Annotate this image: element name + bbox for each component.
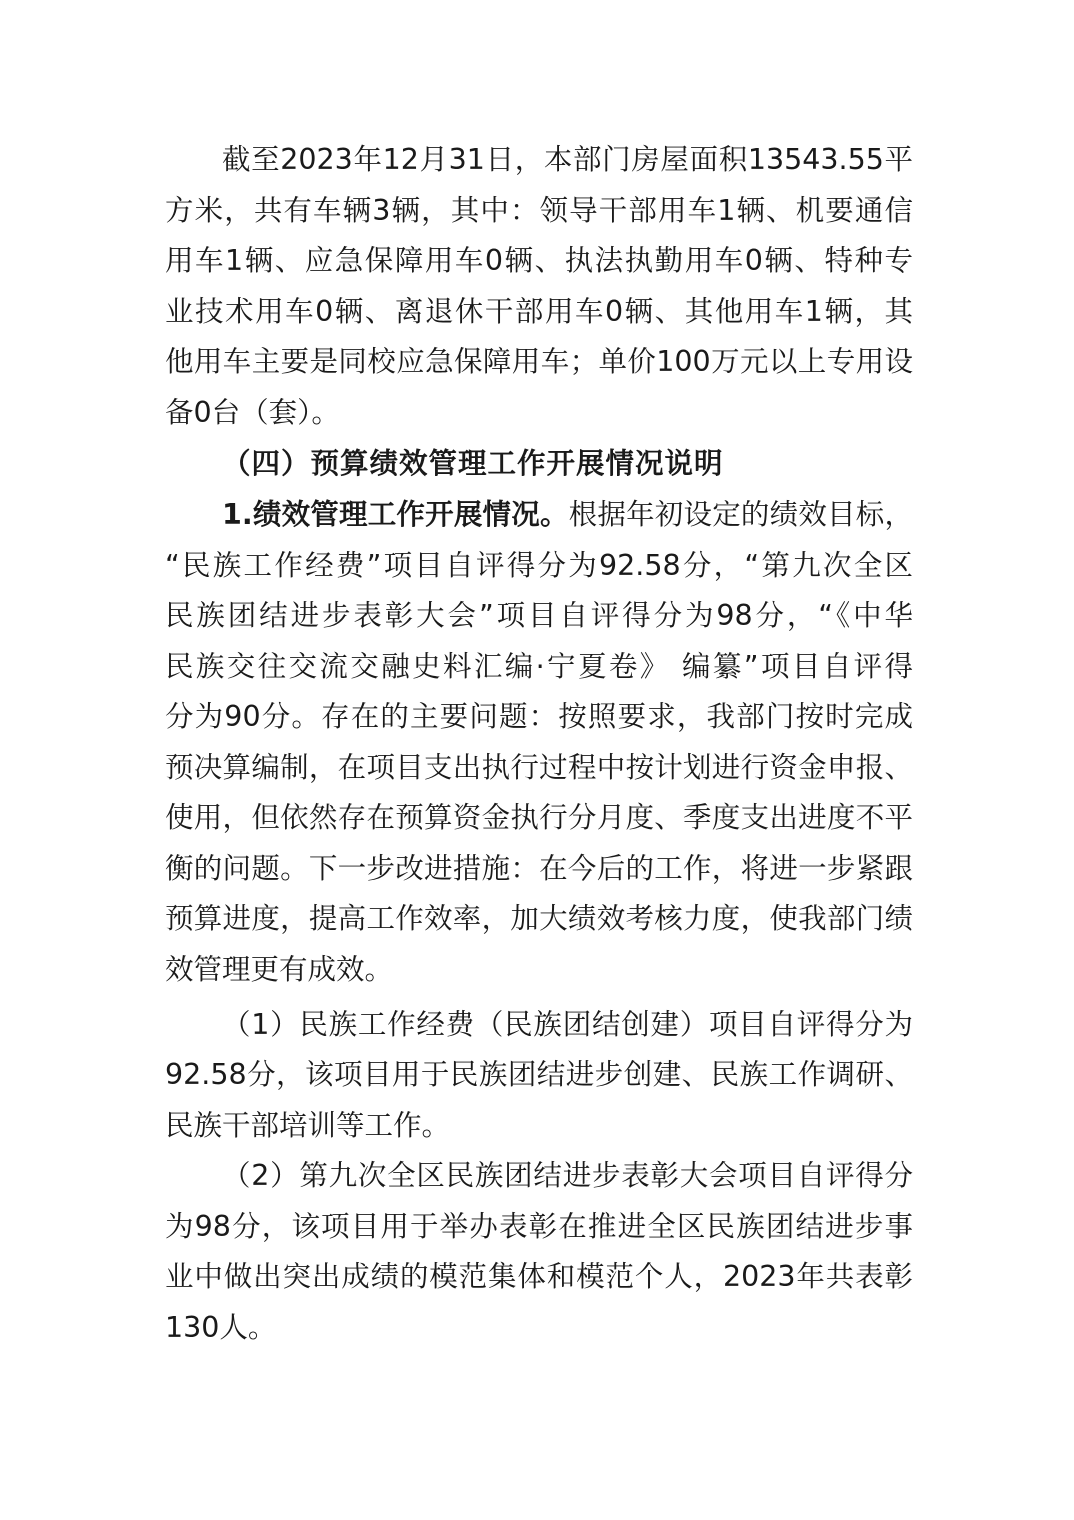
text-line: 方米，共有车辆3辆，其中：领导干部用车1辆、机要通信: [165, 186, 913, 236]
lead-text: 根据年初设定的绩效目标，: [569, 498, 913, 531]
text-line: 用车1辆、应急保障用车0辆、执法执勤用车0辆、特种专: [165, 236, 913, 286]
document-page: 截至2023年12月31日，本部门房屋面积13543.55平 方米，共有车辆3辆…: [0, 0, 1074, 1520]
text-line: 分为90分。存在的主要问题：按照要求，我部门按时完成: [165, 692, 913, 742]
text-line: 民族干部培训等工作。: [165, 1101, 913, 1151]
text-line: 92.58分，该项目用于民族团结进步创建、民族工作调研、: [165, 1050, 913, 1100]
text-line: 效管理更有成效。: [165, 945, 913, 995]
text-line: 130人。: [165, 1303, 913, 1353]
text-line: 他用车主要是同校应急保障用车；单价100万元以上专用设: [165, 337, 913, 387]
text-line: 预算进度，提高工作效率，加大绩效考核力度，使我部门绩: [165, 894, 913, 944]
text-line: 使用，但依然存在预算资金执行分月度、季度支出进度不平: [165, 793, 913, 843]
lead-heading: 1.绩效管理工作开展情况。: [222, 498, 569, 531]
text-line: 衡的问题。下一步改进措施：在今后的工作，将进一步紧跟: [165, 844, 913, 894]
section-heading: （四）预算绩效管理工作开展情况说明: [222, 439, 722, 489]
text-line: 民族团结进步表彰大会”项目自评得分为98分，“《中华: [165, 591, 913, 641]
text-line: 1.绩效管理工作开展情况。根据年初设定的绩效目标，: [222, 490, 913, 540]
text-line: 预决算编制，在项目支出执行过程中按计划进行资金申报、: [165, 743, 913, 793]
text-line: 为98分，该项目用于举办表彰在推进全区民族团结进步事: [165, 1202, 913, 1252]
text-line: “民族工作经费”项目自评得分为92.58分，“第九次全区: [165, 541, 913, 591]
text-line: 民族交往交流交融史料汇编·宁夏卷》 编纂”项目自评得: [165, 642, 913, 692]
text-line: 业中做出突出成绩的模范集体和模范个人，2023年共表彰: [165, 1252, 913, 1302]
text-line: 备0台（套）。: [165, 388, 913, 438]
text-line: 业技术用车0辆、离退休干部用车0辆、其他用车1辆，其: [165, 287, 913, 337]
text-line: 截至2023年12月31日，本部门房屋面积13543.55平: [222, 135, 913, 185]
text-line: （2）第九次全区民族团结进步表彰大会项目自评得分: [222, 1151, 913, 1201]
text-line: （1）民族工作经费（民族团结创建）项目自评得分为: [222, 1000, 913, 1050]
